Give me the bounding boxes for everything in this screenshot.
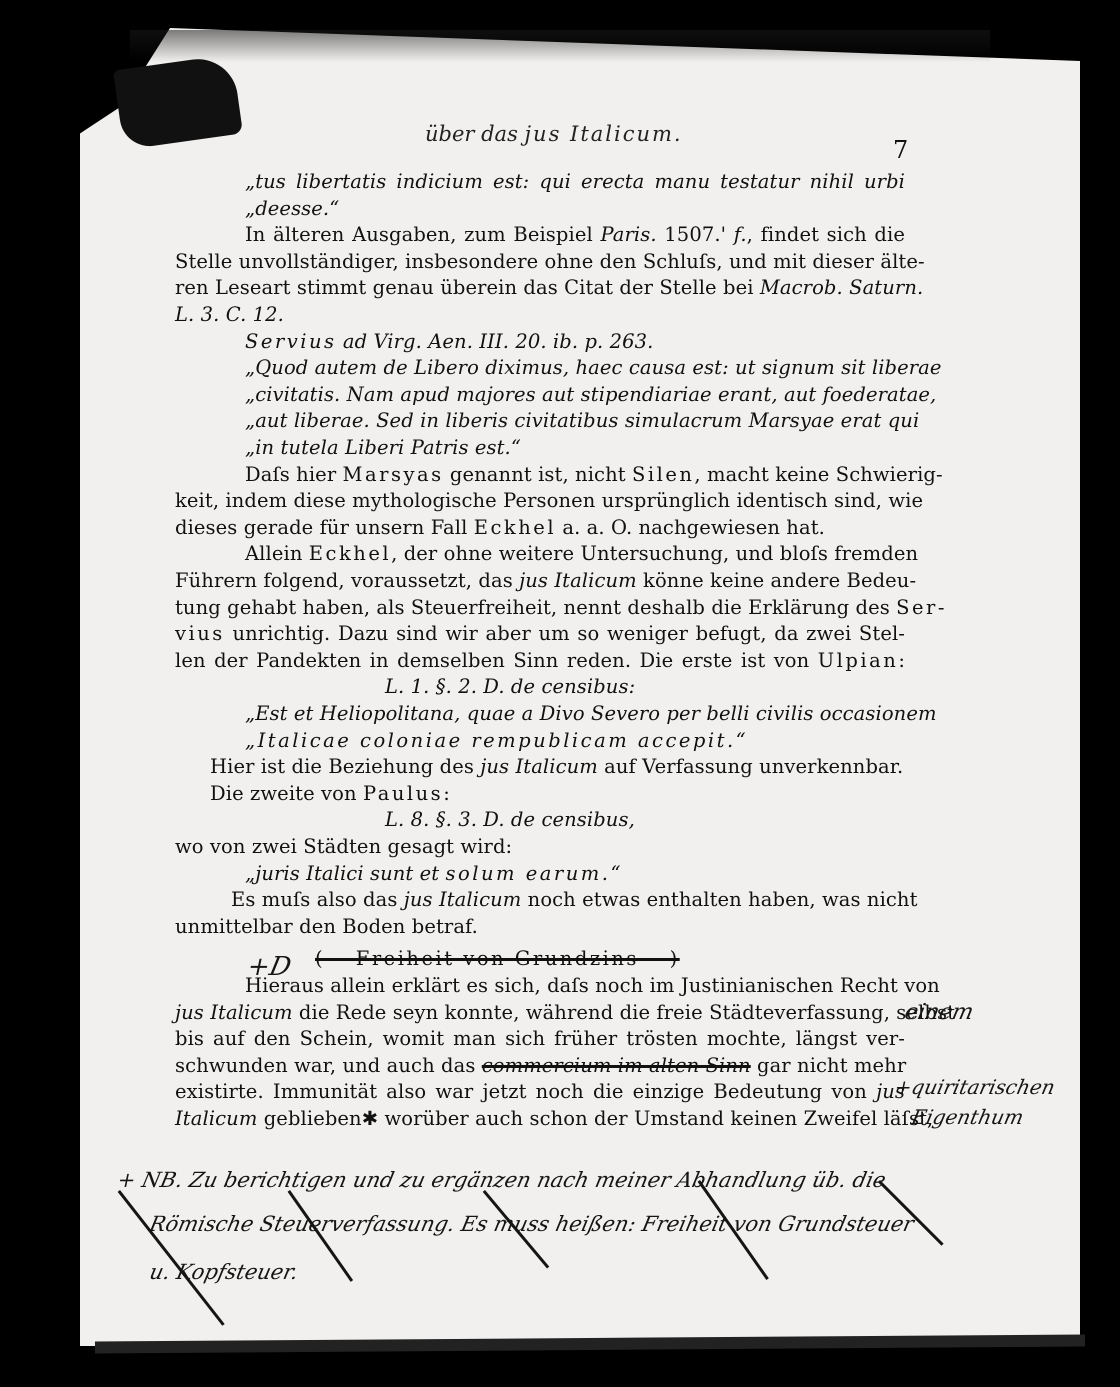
text-segment: geblieben✱ worüber auch schon der Umstan… bbox=[257, 1107, 933, 1130]
text-segment: keit, indem diese mythologische Personen… bbox=[175, 489, 923, 512]
text-segment: auf Verfassung unverkennbar. bbox=[598, 755, 903, 778]
handwritten-footnote-line-2: Römische Steuerverfassung. Es muss heiße… bbox=[147, 1212, 916, 1236]
text-segment: Paulus bbox=[363, 782, 443, 805]
text-line: „juris Italici sunt et solum earum.“ bbox=[245, 862, 623, 885]
text-segment: existirte. Immunität also war jetzt noch… bbox=[175, 1080, 876, 1103]
text-segment: Hier ist die Beziehung des bbox=[210, 755, 480, 778]
page-number: 7 bbox=[893, 136, 908, 164]
text-segment: , macht keine Schwierig- bbox=[694, 463, 942, 486]
text-segment: Macrob. Saturn. bbox=[760, 276, 923, 299]
text-segment: könne keine andere Bedeu- bbox=[637, 569, 916, 592]
text-segment: „juris Italici sunt et bbox=[245, 862, 446, 885]
text-line: „Quod autem de Libero diximus, haec caus… bbox=[245, 356, 905, 379]
running-head: über das jus Italicum. bbox=[425, 122, 683, 146]
text-segment: Führern folgend, voraussetzt, das bbox=[175, 569, 519, 592]
text-line: „deesse.“ bbox=[245, 197, 339, 220]
text-line: „aut liberae. Sed in liberis civitatibus… bbox=[245, 409, 905, 432]
text-segment: die Rede seyn konnte, während die freie … bbox=[293, 1001, 955, 1024]
text-segment: „Est et Heliopolitana, quae a Divo Sever… bbox=[245, 702, 937, 725]
text-segment: ad Virg. Aen. III. 20. ib. p. 263. bbox=[337, 330, 654, 353]
text-segment: unrichtig. Dazu sind wir aber um so weni… bbox=[225, 622, 905, 645]
handwritten-footnote-line-1: + NB. Zu berichtigen und zu ergänzen nac… bbox=[115, 1168, 888, 1192]
text-segment: genannt ist, nicht bbox=[444, 463, 632, 486]
text-line: unmittelbar den Boden betraf. bbox=[175, 915, 478, 938]
text-segment: , der ohne weitere Untersuchung, und blo… bbox=[391, 542, 918, 565]
text-segment: len der Pandekten in demselben Sinn rede… bbox=[175, 649, 818, 672]
text-segment: „aut liberae. Sed in liberis civitatibus… bbox=[245, 409, 919, 432]
handwritten-margin-note-2b: Eigenthum bbox=[909, 1105, 1025, 1129]
text-segment: Die zweite von bbox=[210, 782, 363, 805]
text-segment: Daſs hier bbox=[245, 463, 343, 486]
text-line: bis auf den Schein, womit man sich frühe… bbox=[175, 1027, 905, 1050]
text-line: len der Pandekten in demselben Sinn rede… bbox=[175, 649, 905, 672]
text-segment: commercium im alten Sinn bbox=[482, 1054, 751, 1077]
text-line: wo von zwei Städten gesagt wird: bbox=[175, 835, 512, 858]
running-head-prefix: über das bbox=[425, 122, 518, 146]
text-segment: jus Italicum bbox=[404, 888, 522, 911]
text-segment: Hieraus allein erklärt es sich, daſs noc… bbox=[245, 974, 940, 997]
page-top-shadow bbox=[130, 30, 990, 62]
text-line: „Italicae coloniae rempublicam accepit.“ bbox=[245, 729, 748, 752]
text-segment: f. bbox=[734, 223, 747, 246]
text-line: existirte. Immunität also war jetzt noch… bbox=[175, 1080, 905, 1103]
text-segment: jus Italicum bbox=[519, 569, 637, 592]
text-line: „in tutela Liberi Patris est.“ bbox=[245, 436, 521, 459]
text-line: Hier ist die Beziehung des jus Italicum … bbox=[210, 755, 903, 778]
text-segment: L. 3. C. 12. bbox=[175, 303, 284, 326]
text-line: L. 3. C. 12. bbox=[175, 303, 284, 326]
text-segment: L. 8. §. 3. D. de censibus, bbox=[385, 808, 635, 831]
text-line: L. 8. §. 3. D. de censibus, bbox=[385, 808, 635, 831]
text-segment: jus Italicum bbox=[480, 755, 598, 778]
text-segment: Eckhel bbox=[474, 516, 556, 539]
text-segment: „deesse.“ bbox=[245, 197, 339, 220]
text-segment: In älteren Ausgaben, zum Beispiel bbox=[245, 223, 600, 246]
running-head-title: jus Italicum. bbox=[525, 122, 683, 146]
text-segment: unmittelbar den Boden betraf. bbox=[175, 915, 478, 938]
text-line: Italicum geblieben✱ worüber auch schon d… bbox=[175, 1107, 905, 1130]
text-segment: solum earum.“ bbox=[446, 862, 623, 885]
text-segment: Eckhel bbox=[309, 542, 391, 565]
text-segment: Paris. bbox=[600, 223, 656, 246]
text-segment: „Quod autem de Libero diximus, haec caus… bbox=[245, 356, 942, 379]
text-segment: Ser- bbox=[896, 596, 947, 619]
text-segment: : bbox=[443, 782, 450, 805]
text-line: Stelle unvollständiger, insbesondere ohn… bbox=[175, 250, 905, 273]
text-line: „civitatis. Nam apud majores aut stipend… bbox=[245, 383, 905, 406]
text-line: (— Freiheit von Grundzins —) bbox=[315, 947, 680, 970]
text-line: In älteren Ausgaben, zum Beispiel Paris.… bbox=[245, 223, 905, 246]
text-segment: : bbox=[898, 649, 905, 672]
text-line: Es muſs also das jus Italicum noch etwas… bbox=[231, 888, 905, 911]
text-segment: wo von zwei Städten gesagt wird: bbox=[175, 835, 512, 858]
text-segment: schwunden war, und auch das bbox=[175, 1054, 482, 1077]
text-segment: Italicum bbox=[175, 1107, 257, 1130]
handwritten-margin-note-1: einem bbox=[902, 1000, 975, 1025]
text-line: Hieraus allein erklärt es sich, daſs noc… bbox=[245, 974, 905, 997]
text-segment: „tus libertatis indicium est: qui erecta… bbox=[245, 170, 905, 193]
text-segment: Ulpian bbox=[818, 649, 899, 672]
text-segment: L. 1. §. 2. D. de censibus: bbox=[385, 675, 635, 698]
text-line: vius unrichtig. Dazu sind wir aber um so… bbox=[175, 622, 905, 645]
text-segment: „in tutela Liberi Patris est.“ bbox=[245, 436, 521, 459]
text-segment: jus Italicum bbox=[175, 1001, 293, 1024]
text-segment: Silen bbox=[632, 463, 694, 486]
text-line: Daſs hier Marsyas genannt ist, nicht Sil… bbox=[245, 463, 905, 486]
text-line: „tus libertatis indicium est: qui erecta… bbox=[245, 170, 905, 193]
text-segment: a. a. O. nachgewiesen hat. bbox=[556, 516, 825, 539]
torn-corner bbox=[113, 54, 243, 150]
text-segment: (— Freiheit von Grundzins —) bbox=[315, 947, 680, 970]
text-segment: Servius bbox=[245, 330, 337, 353]
text-segment: dieses gerade für unsern Fall bbox=[175, 516, 474, 539]
text-line: jus Italicum die Rede seyn konnte, währe… bbox=[175, 1001, 905, 1024]
text-segment: Stelle unvollständiger, insbesondere ohn… bbox=[175, 250, 925, 273]
text-line: Servius ad Virg. Aen. III. 20. ib. p. 26… bbox=[245, 330, 653, 353]
text-segment: ren Leseart stimmt genau überein das Cit… bbox=[175, 276, 760, 299]
text-segment: tung gehabt haben, als Steuerfreiheit, n… bbox=[175, 596, 896, 619]
text-segment: Marsyas bbox=[343, 463, 444, 486]
text-segment: „civitatis. Nam apud majores aut stipend… bbox=[245, 383, 936, 406]
text-segment: , findet sich die bbox=[747, 223, 905, 246]
text-segment: Es muſs also das bbox=[231, 888, 404, 911]
text-segment: „Italicae coloniae rempublicam accepit.“ bbox=[245, 729, 748, 752]
text-segment: Allein bbox=[245, 542, 309, 565]
text-line: keit, indem diese mythologische Personen… bbox=[175, 489, 905, 512]
text-segment: gar nicht mehr bbox=[751, 1054, 907, 1077]
text-segment: 1507.' bbox=[657, 223, 734, 246]
handwritten-footnote-line-3: u. Kopfsteuer. bbox=[147, 1260, 300, 1284]
text-line: dieses gerade für unsern Fall Eckhel a. … bbox=[175, 516, 825, 539]
text-line: „Est et Heliopolitana, quae a Divo Sever… bbox=[245, 702, 905, 725]
text-line: Die zweite von Paulus: bbox=[210, 782, 450, 805]
handwritten-margin-note-2a: +quiritarischen bbox=[892, 1075, 1057, 1099]
text-line: ren Leseart stimmt genau überein das Cit… bbox=[175, 276, 905, 299]
text-line: schwunden war, und auch das commercium i… bbox=[175, 1054, 905, 1077]
text-segment: vius bbox=[175, 622, 225, 645]
handwritten-insert-mark: +D bbox=[245, 952, 294, 982]
text-line: L. 1. §. 2. D. de censibus: bbox=[385, 675, 635, 698]
text-segment: noch etwas enthalten haben, was nicht bbox=[521, 888, 917, 911]
text-segment: bis auf den Schein, womit man sich frühe… bbox=[175, 1027, 905, 1050]
text-line: tung gehabt haben, als Steuerfreiheit, n… bbox=[175, 596, 905, 619]
text-line: Allein Eckhel, der ohne weitere Untersuc… bbox=[245, 542, 905, 565]
text-line: Führern folgend, voraussetzt, das jus It… bbox=[175, 569, 905, 592]
